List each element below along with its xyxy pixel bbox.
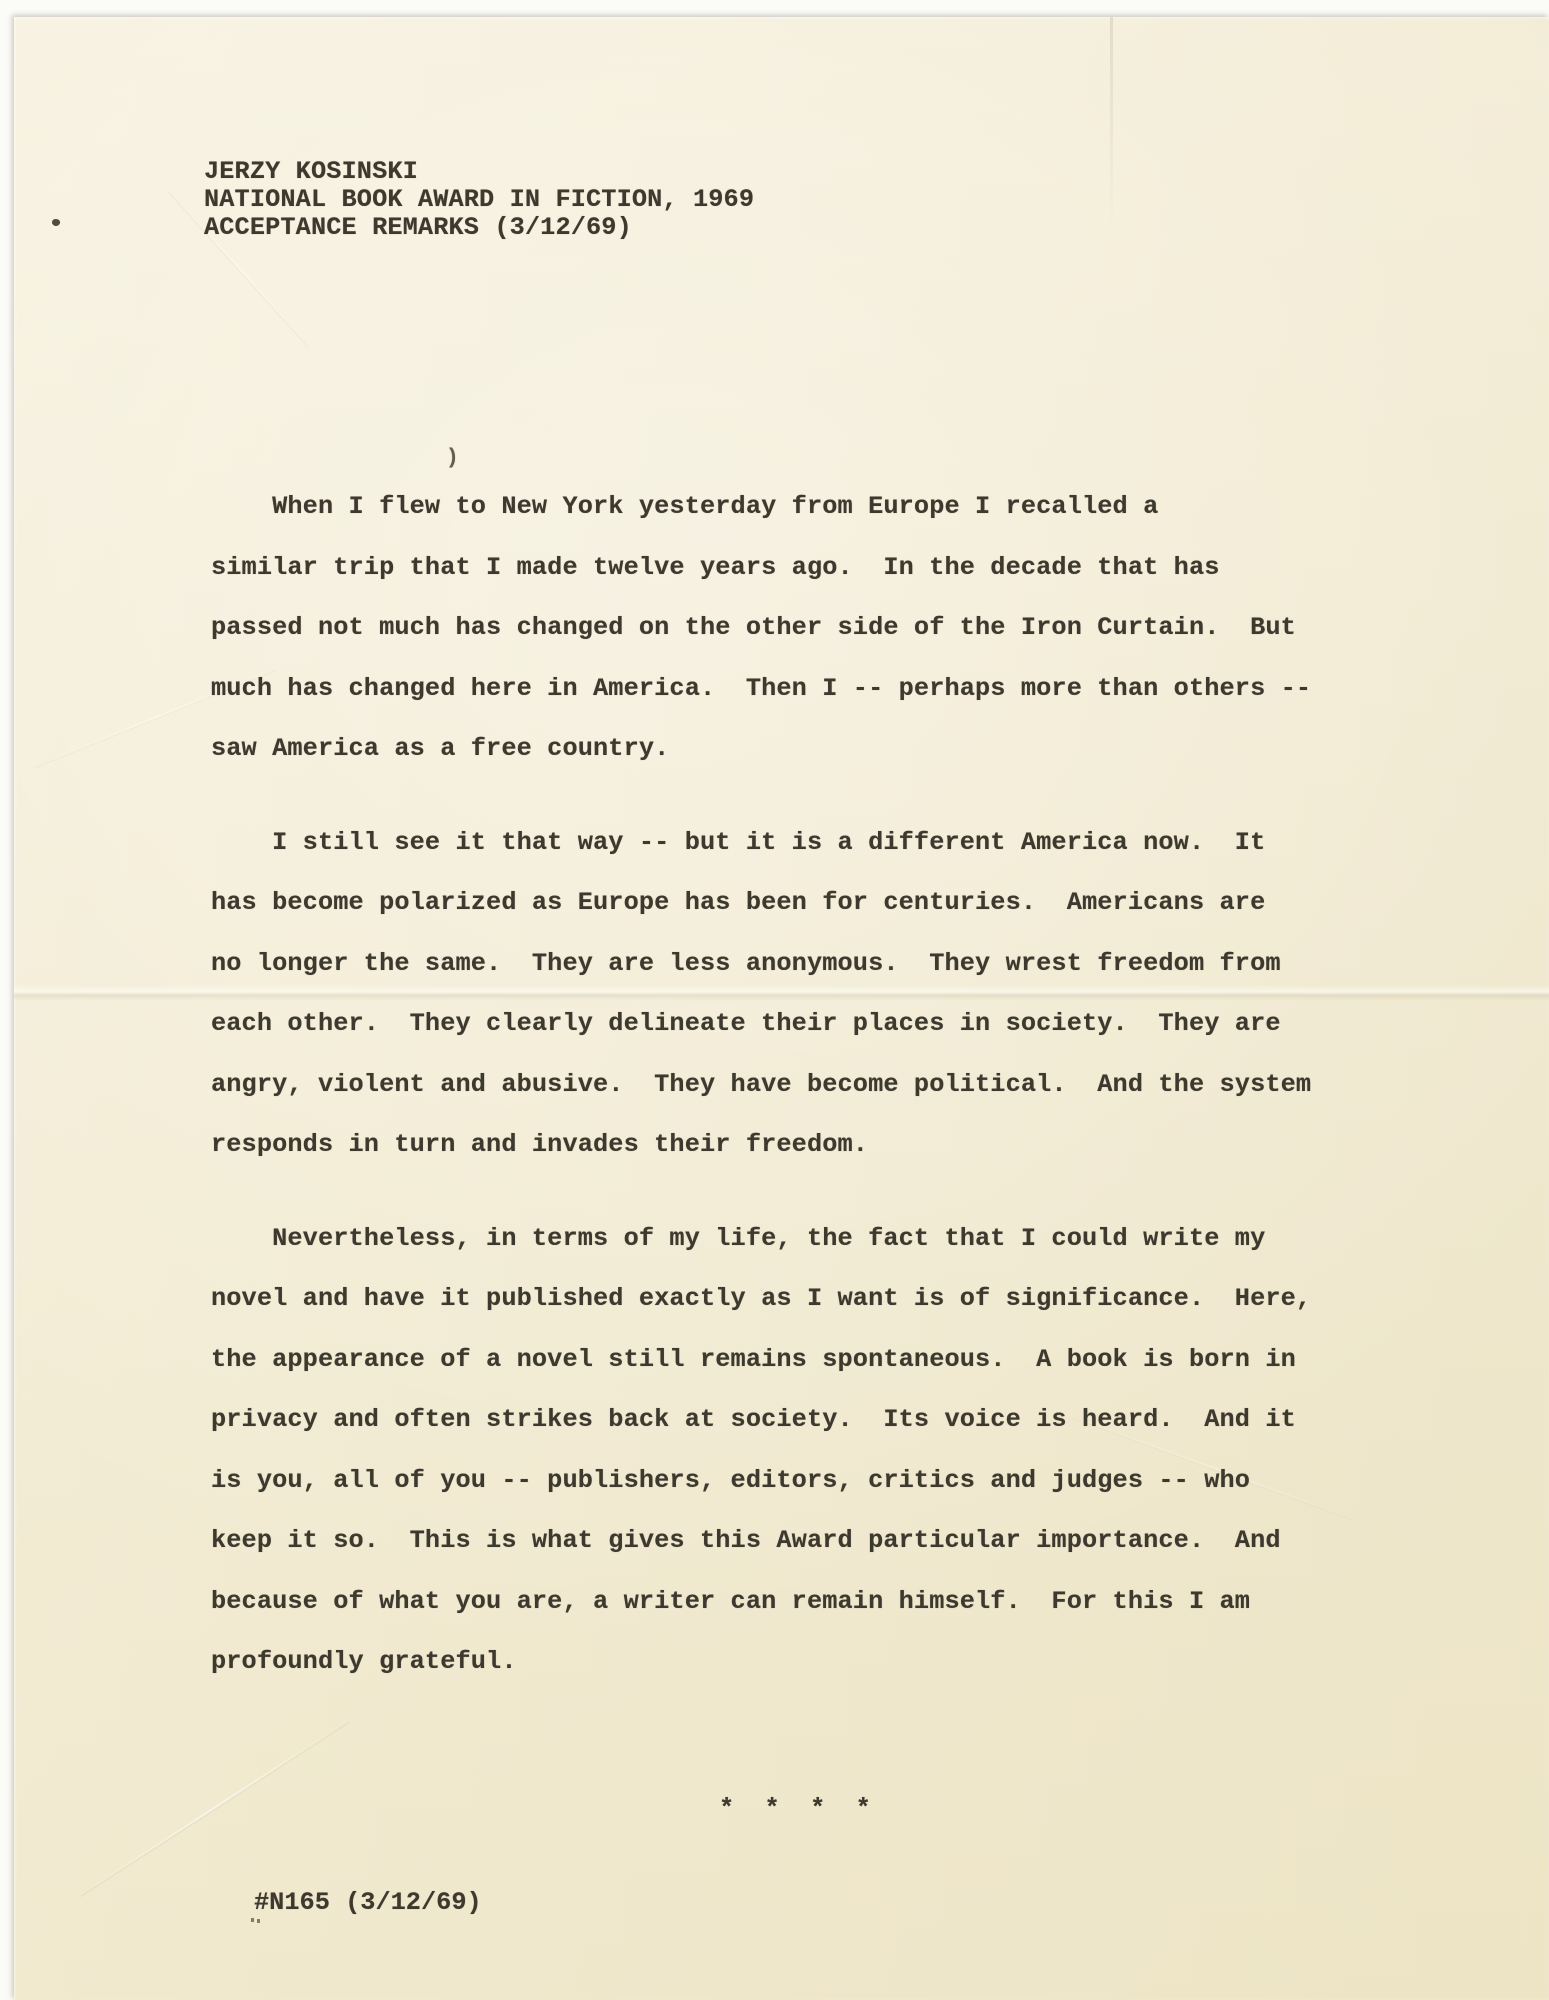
text-line: much has changed here in America. Then I…	[211, 659, 1311, 720]
paper-scratch	[79, 1720, 348, 1896]
text-line: When I flew to New York yesterday from E…	[211, 477, 1311, 538]
text-line: novel and have it published exactly as I…	[211, 1269, 1311, 1330]
document-page: ) JERZY KOSINSKINATIONAL BOOK AWARD IN F…	[14, 17, 1549, 2000]
text-line: each other. They clearly delineate their…	[211, 994, 1311, 1055]
paragraph: I still see it that way -- but it is a d…	[211, 813, 1311, 1176]
header-line: JERZY KOSINSKI	[204, 158, 754, 186]
paragraph: When I flew to New York yesterday from E…	[211, 477, 1311, 780]
text-line: the appearance of a novel still remains …	[211, 1330, 1311, 1391]
text-line: saw America as a free country.	[211, 719, 1311, 780]
text-line: I still see it that way -- but it is a d…	[211, 813, 1311, 874]
header-line: NATIONAL BOOK AWARD IN FICTION, 1969	[204, 186, 754, 214]
text-line: similar trip that I made twelve years ag…	[211, 538, 1311, 599]
stray-ink-dots	[251, 1918, 254, 1922]
section-separator: * * * *	[719, 1779, 871, 1840]
stray-typed-mark: )	[446, 447, 459, 470]
text-line: because of what you are, a writer can re…	[211, 1572, 1311, 1633]
text-line: Nevertheless, in terms of my life, the f…	[211, 1209, 1311, 1270]
text-line: privacy and often strikes back at societ…	[211, 1390, 1311, 1451]
ink-speck	[51, 218, 61, 227]
text-line: is you, all of you -- publishers, editor…	[211, 1451, 1311, 1512]
vertical-crease	[1110, 17, 1113, 232]
document-header: JERZY KOSINSKINATIONAL BOOK AWARD IN FIC…	[204, 158, 754, 242]
document-footer-reference: #N165 (3/12/69)	[254, 1888, 482, 1917]
text-line: responds in turn and invades their freed…	[211, 1115, 1311, 1176]
text-line: profoundly grateful.	[211, 1632, 1311, 1693]
text-line: keep it so. This is what gives this Awar…	[211, 1511, 1311, 1572]
text-line: has become polarized as Europe has been …	[211, 873, 1311, 934]
text-line: no longer the same. They are less anonym…	[211, 934, 1311, 995]
scan-background: { "document": { "header": { "lines": [ "…	[0, 0, 1549, 2000]
document-body: When I flew to New York yesterday from E…	[211, 477, 1311, 1693]
header-line: ACCEPTANCE REMARKS (3/12/69)	[204, 214, 754, 242]
text-line: passed not much has changed on the other…	[211, 598, 1311, 659]
paragraph: Nevertheless, in terms of my life, the f…	[211, 1209, 1311, 1693]
text-line: angry, violent and abusive. They have be…	[211, 1055, 1311, 1116]
